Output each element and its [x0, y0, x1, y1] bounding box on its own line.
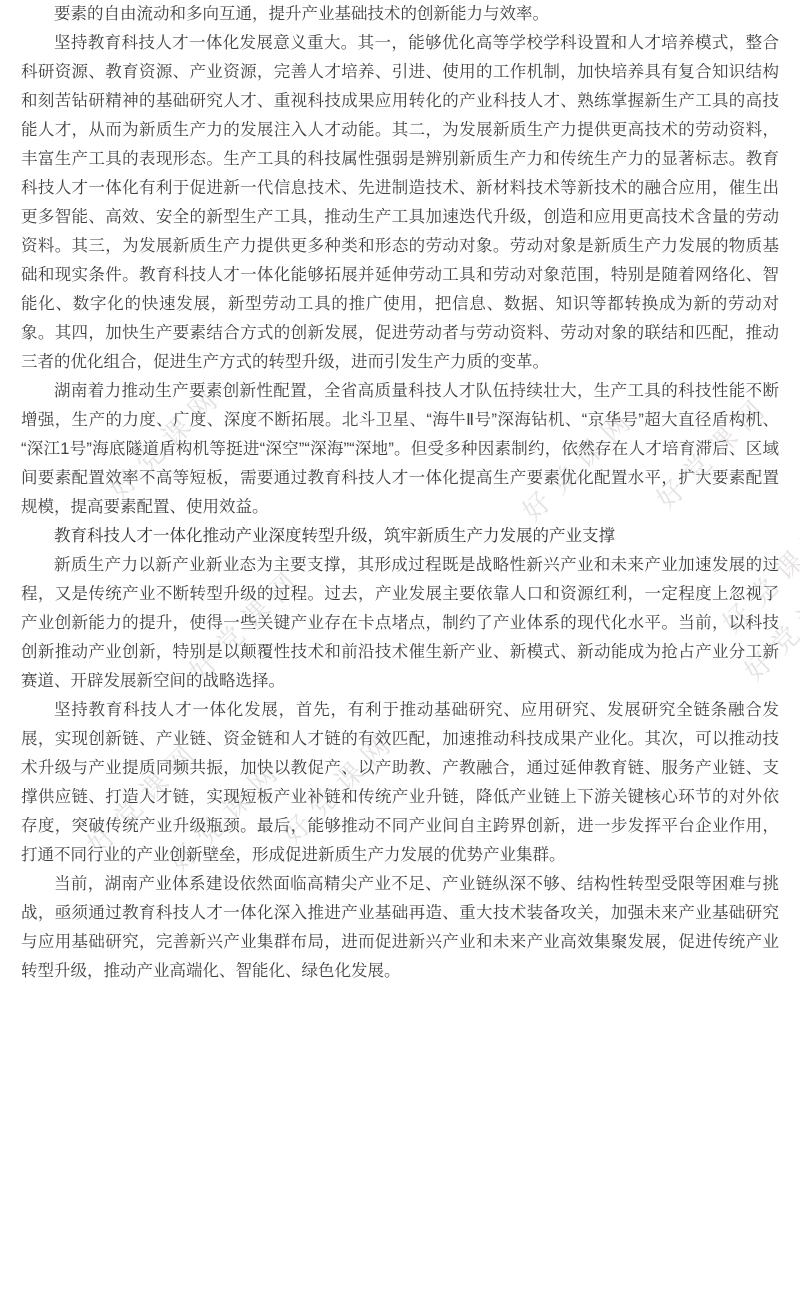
article-body: 要素的自由流动和多向互通，提升产业基础技术的创新能力与效率。 坚持教育科技人才一…: [0, 0, 800, 986]
paragraph: 坚持教育科技人才一体化发展意义重大。其一，能够优化高等学校学科设置和人才培养模式…: [21, 29, 779, 377]
article-page: 好党课网 好党课网 好党课网 好党课网 好党课网 好党课网 好党课网 好党课网 …: [0, 0, 800, 1316]
paragraph: 湖南着力推动生产要素创新性配置，全省高质量科技人才队伍持续壮大，生产工具的科技性…: [21, 377, 779, 522]
paragraph: 坚持教育科技人才一体化发展，首先，有利于推动基础研究、应用研究、发展研究全链条融…: [21, 696, 779, 870]
section-heading: 教育科技人才一体化推动产业深度转型升级，筑牢新质生产力发展的产业支撑: [21, 522, 779, 551]
paragraph: 当前，湖南产业体系建设依然面临高精尖产业不足、产业链纵深不够、结构性转型受限等困…: [21, 870, 779, 986]
paragraph: 新质生产力以新产业新业态为主要支撑，其形成过程既是战略性新兴产业和未来产业加速发…: [21, 551, 779, 696]
paragraph-continuation: 要素的自由流动和多向互通，提升产业基础技术的创新能力与效率。: [21, 0, 779, 29]
